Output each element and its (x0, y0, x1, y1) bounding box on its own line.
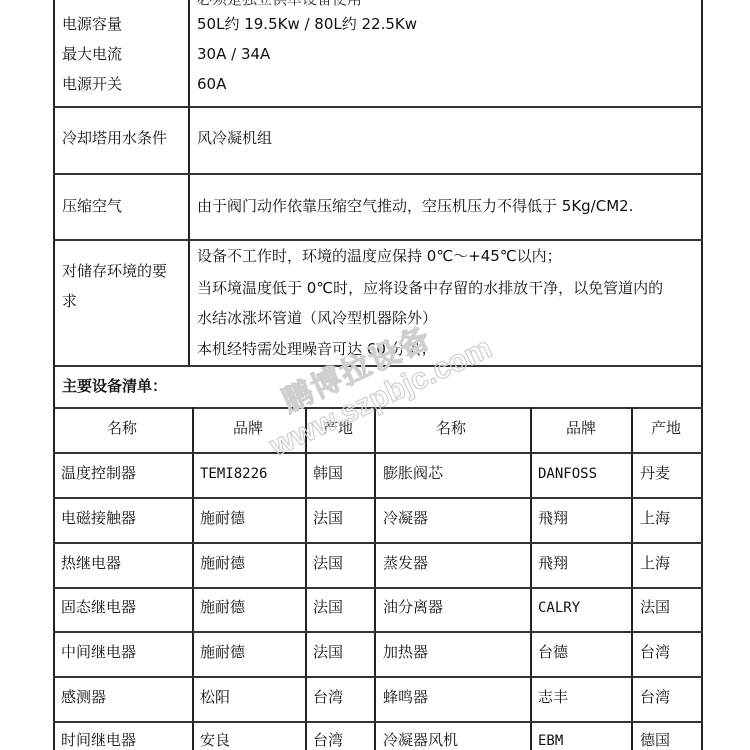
cell: 上海 (640, 554, 670, 572)
cell: 蒸发器 (383, 554, 428, 572)
cell: 施耐德 (200, 509, 245, 527)
value-storage-line-1: 设备不工作时，环境的温度应保持 0℃～+45℃以内； (197, 247, 562, 265)
cell: 志丰 (538, 688, 568, 706)
label-cooling-water: 冷却塔用水条件 (62, 129, 167, 147)
cell: 温度控制器 (61, 464, 136, 482)
cell: 丹麦 (640, 464, 670, 482)
cell: 固态继电器 (61, 598, 136, 616)
row-line (53, 631, 703, 633)
value-storage-line-3: 水结冰涨坏管道（风冷型机器除外） (197, 309, 437, 327)
col-divider (631, 407, 633, 750)
equipment-left-border (53, 365, 55, 750)
row-line (53, 587, 703, 589)
cell: 台湾 (640, 643, 670, 661)
label-storage-env-1: 对储存环境的要 (62, 262, 167, 280)
equipment-right-border (701, 365, 703, 750)
cell: 松阳 (200, 688, 230, 706)
cell: 台湾 (313, 731, 343, 749)
header-brand-2: 品牌 (566, 419, 596, 437)
cell: 膨胀阀芯 (383, 464, 443, 482)
row-divider (53, 239, 703, 241)
cell: 法国 (640, 598, 670, 616)
cell: 电磁接触器 (61, 509, 136, 527)
row-divider (53, 173, 703, 175)
cell: 飛翔 (538, 509, 568, 527)
cell: TEMI8226 (200, 465, 267, 483)
label-power-capacity: 电源容量 (62, 15, 122, 33)
value-storage-line-2: 当环境温度低于 0℃时，应将设备中存留的水排放干净，以免管道内的 (197, 279, 663, 297)
cell: CALRY (538, 599, 580, 617)
cell: 法国 (313, 598, 343, 616)
cell: 加热器 (383, 643, 428, 661)
label-compressed-air: 压缩空气 (62, 197, 122, 215)
cell: 施耐德 (200, 598, 245, 616)
value-compressed-air: 由于阀门动作依靠压缩空气推动，空压机压力不得低于 5Kg/CM2. (197, 197, 633, 215)
cell: 法国 (313, 643, 343, 661)
value-cooling-water: 风冷凝机组 (197, 129, 272, 147)
clipped-text: 必须是独立供单设备使用 (197, 0, 362, 8)
cell: 热继电器 (61, 554, 121, 572)
cell: 施耐德 (200, 643, 245, 661)
spec-table-divider (188, 0, 190, 365)
cell: 飛翔 (538, 554, 568, 572)
row-line (53, 497, 703, 499)
cell: 蜂鸣器 (383, 688, 428, 706)
cell: DANFOSS (538, 465, 597, 483)
header-origin-1: 产地 (323, 419, 353, 437)
cell: 台湾 (313, 688, 343, 706)
cell: 韩国 (313, 464, 343, 482)
row-divider (53, 106, 703, 108)
cell: 法国 (313, 554, 343, 572)
row-line (53, 542, 703, 544)
cell: 台湾 (640, 688, 670, 706)
spec-table-right-border (701, 0, 703, 365)
cell: 感测器 (61, 688, 106, 706)
equipment-title: 主要设备清单： (62, 377, 167, 395)
value-power-capacity: 50L约 19.5Kw / 80L约 22.5Kw (197, 15, 417, 33)
row-line (53, 452, 703, 454)
header-brand-1: 品牌 (233, 419, 263, 437)
header-name-1: 名称 (107, 419, 137, 437)
col-divider (305, 407, 307, 750)
col-divider (374, 407, 376, 750)
label-storage-env-2: 求 (62, 292, 77, 310)
cell: 中间继电器 (61, 643, 136, 661)
cell: 油分离器 (383, 598, 443, 616)
header-origin-2: 产地 (651, 419, 681, 437)
cell: 台德 (538, 643, 568, 661)
spec-table-left-border (53, 0, 55, 365)
row-line (53, 721, 703, 723)
header-name-2: 名称 (436, 419, 466, 437)
label-power-switch: 电源开关 (62, 75, 122, 93)
cell: EBM (538, 732, 563, 750)
value-power-switch: 60A (197, 75, 226, 93)
row-line (53, 676, 703, 678)
cell: 冷凝器 (383, 509, 428, 527)
cell: 法国 (313, 509, 343, 527)
col-divider (530, 407, 532, 750)
equipment-table-top (53, 365, 703, 367)
cell: 冷凝器风机 (383, 731, 458, 749)
header-top (53, 407, 703, 409)
cell: 安良 (200, 731, 230, 749)
value-max-current: 30A / 34A (197, 45, 270, 63)
cell: 德国 (640, 731, 670, 749)
cell: 上海 (640, 509, 670, 527)
col-divider (192, 407, 194, 750)
value-storage-line-4: 本机经特需处理噪音可达 60 分贝； (197, 340, 436, 358)
label-max-current: 最大电流 (62, 45, 122, 63)
cell: 施耐德 (200, 554, 245, 572)
cell: 时间继电器 (61, 731, 136, 749)
